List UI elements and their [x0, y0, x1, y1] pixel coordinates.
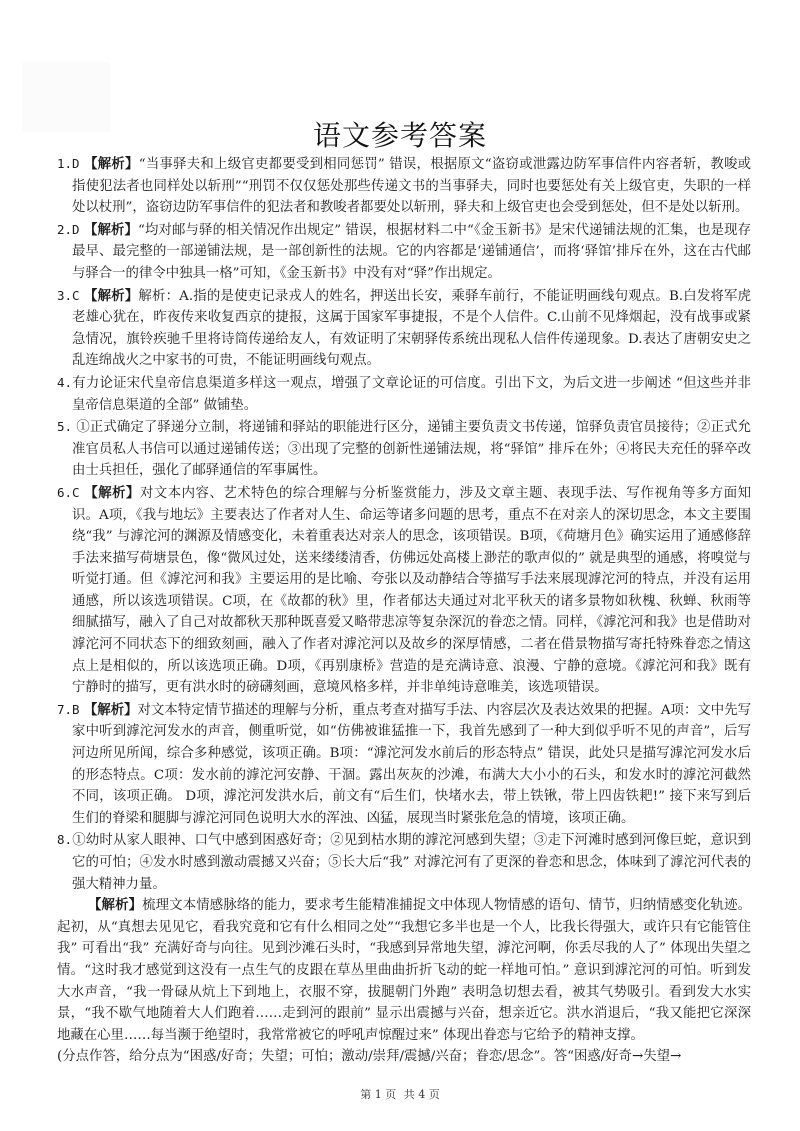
answer-item-4: 4.有力论证宋代皇帝信息渠道多样这一观点，增强了文章论证的可信度。引出下文，为后… — [57, 372, 751, 416]
page-number: 第 1 页 — [360, 1088, 396, 1101]
item-number: 5. — [57, 419, 72, 434]
answer-list: 1.D 【解析】“当事驿夫和上级官吏都要受到相同惩罚” 错误，根据原文“盗窃或泄… — [57, 153, 751, 1068]
analysis-text: 梳理文本情感脉络的能力，要求考生能精准捕捉文中体现人物情感的语句、情节，归纳情感… — [57, 898, 751, 1043]
answer-item-3: 3.C 【解析】解析：A.指的是使吏记录戎人的姓名，押送出长安，乘驿车前行，不能… — [57, 285, 751, 372]
page-title: 语文参考答案 — [0, 117, 800, 155]
answer-item-6: 6.C 【解析】对文本内容、艺术特色的综合理解与分析鉴赏能力，涉及文章主题、表现… — [57, 482, 751, 699]
item-number: 7.B — [57, 702, 80, 717]
item-number: 4. — [57, 375, 72, 390]
analysis-tag: 【解析】 — [84, 156, 139, 172]
page-footer: 第 1 页 共 4 页 — [0, 1086, 800, 1102]
answer-item-8: 8.①幼时从家人眼神、口气中感到困惑好奇；②见到枯水期的滹沱河感到失望；③走下河… — [57, 829, 751, 895]
analysis-tag: 【解析】 — [88, 897, 142, 913]
item-number: 6.C — [57, 485, 80, 500]
item-text: ①正式确定了驿递分立制，将递铺和驿站的职能进行区分，递铺主要负责文书传递，馆驿负… — [72, 420, 751, 478]
page-total: 共 4 页 — [404, 1088, 440, 1101]
item-8-analysis: 【解析】梳理文本情感脉络的能力，要求考生能精准捕捉文中体现人物情感的语句、情节，… — [57, 895, 751, 1046]
item-text: “当事驿夫和上级官吏都要受到相同惩罚” 错误，根据原文“盗窃或泄露边防军事信件内… — [72, 157, 751, 215]
answer-item-1: 1.D 【解析】“当事驿夫和上级官吏都要受到相同惩罚” 错误，根据原文“盗窃或泄… — [57, 153, 751, 219]
item-text: ①幼时从家人眼神、口气中感到困惑好奇；②见到枯水期的滹沱河感到失望；③走下河滩时… — [72, 833, 751, 891]
analysis-tag: 【解析】 — [84, 288, 138, 304]
analysis-tag: 【解析】 — [84, 222, 138, 238]
analysis-tag: 【解析】 — [84, 485, 140, 501]
analysis-tag: 【解析】 — [84, 702, 138, 718]
answer-item-5: 5. ①正式确定了驿递分立制，将递铺和驿站的职能进行区分，递铺主要负责文书传递，… — [57, 416, 751, 482]
item-number: 8. — [57, 832, 72, 847]
item-text: 对文本内容、艺术特色的综合理解与分析鉴赏能力，涉及文章主题、表现手法、写作视角等… — [72, 486, 751, 695]
item-text: “均对邮与驿的相关情况作出规定” 错误，根据材料二中“《金玉新书》是宋代递铺法规… — [72, 223, 751, 281]
item-number: 1.D — [57, 156, 80, 171]
item-text: 对文本特定情节描述的理解与分析，重点考查对描写手法、内容层次及表达效果的把握。A… — [72, 703, 751, 826]
item-number: 3.C — [57, 288, 80, 303]
item-text: 有力论证宋代皇帝信息渠道多样这一观点，增强了文章论证的可信度。引出下文，为后文进… — [72, 376, 751, 413]
scoring-note: (分点作答，给分点为“困惑/好奇；失望；可怕；激动/崇拜/震撼/兴奋；眷恋/思念… — [57, 1046, 751, 1068]
item-number: 2.D — [57, 222, 80, 237]
item-text: 解析：A.指的是使吏记录戎人的姓名，押送出长安，乘驿车前行，不能证明画线句观点。… — [72, 289, 751, 369]
answer-item-2: 2.D 【解析】“均对邮与驿的相关情况作出规定” 错误，根据材料二中“《金玉新书… — [57, 219, 751, 285]
answer-item-7: 7.B 【解析】对文本特定情节描述的理解与分析，重点考查对描写手法、内容层次及表… — [57, 699, 751, 830]
